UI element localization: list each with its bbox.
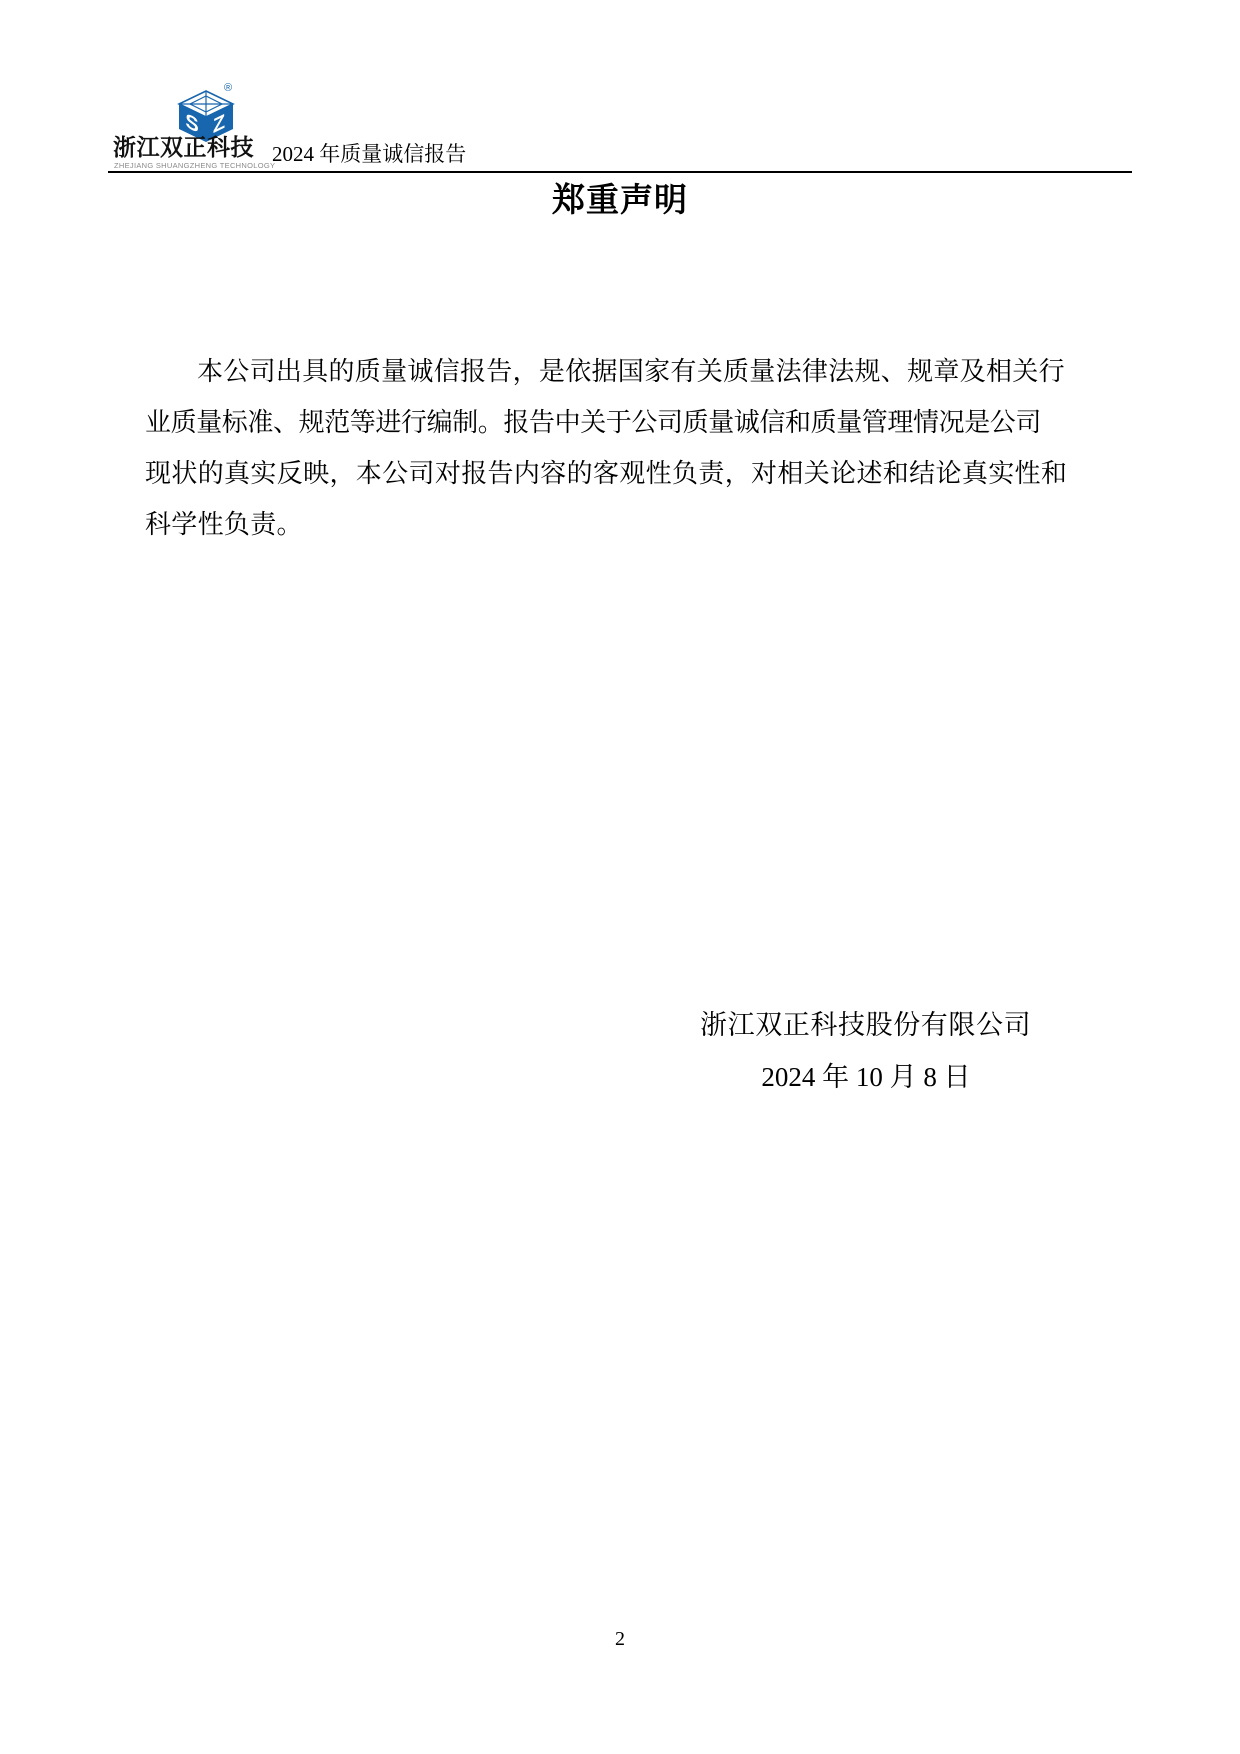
declaration-paragraph: 本公司出具的质量诚信报告，是依据国家有关质量法律法规、规章及相关行 业质量标准、… xyxy=(145,346,1075,550)
signature-date: 2024 年 10 月 8 日 xyxy=(700,1062,1032,1092)
document-page: S Z ® 浙江双正科技 ZHEJIANG SHUANGZHENG TECHNO… xyxy=(0,0,1240,1754)
paragraph-line: 本公司出具的质量诚信报告，是依据国家有关质量法律法规、规章及相关行 xyxy=(145,346,1075,397)
logo-brand-chinese: 浙江双正科技 xyxy=(113,134,258,160)
paragraph-line: 科学性负责。 xyxy=(145,499,1075,550)
paragraph-line: 业质量标准、规范等进行编制。报告中关于公司质量诚信和质量管理情况是公司 xyxy=(145,397,1075,448)
page-number: 2 xyxy=(0,1628,1240,1651)
logo-brand-english: ZHEJIANG SHUANGZHENG TECHNOLOGY xyxy=(114,161,275,170)
signature-company-name: 浙江双正科技股份有限公司 xyxy=(700,1008,1032,1042)
header-report-title: 2024 年质量诚信报告 xyxy=(272,141,466,168)
header-divider xyxy=(108,171,1132,173)
signature-block: 浙江双正科技股份有限公司 2024 年 10 月 8 日 xyxy=(700,1008,1032,1092)
registered-trademark-icon: ® xyxy=(224,82,232,94)
paragraph-line: 现状的真实反映，本公司对报告内容的客观性负责，对相关论述和结论真实性和 xyxy=(145,448,1075,499)
page-title: 郑重声明 xyxy=(0,174,1240,221)
